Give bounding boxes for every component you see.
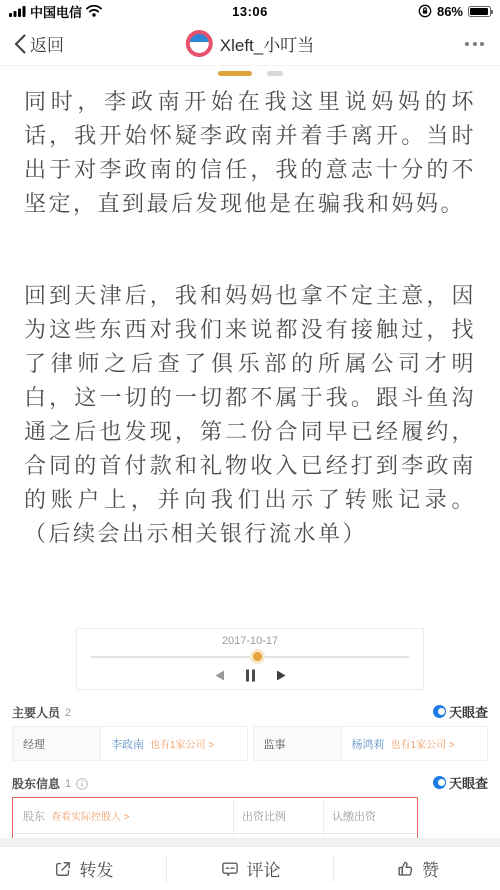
- ratio-cell: 100%: [233, 834, 323, 838]
- shareholder-count: 1: [65, 778, 71, 790]
- embedded-widgets: 2017-10-17: [0, 622, 500, 838]
- shareholder-label: 股东: [23, 808, 45, 824]
- comment-icon: [220, 859, 240, 879]
- table-row: 李政南 大股东 也有1家公司 > 100% 50.000000万: [13, 834, 417, 838]
- post-paragraph-1: 同时，李政南开始在我这里说妈妈的坏话，我开始怀疑李政南并着手离开。当时出于对李政…: [24, 85, 476, 221]
- more-dot: [480, 42, 484, 46]
- post-paragraph-2: 回到天津后，我和妈妈也拿不定主意，因为这些东西对我们来说都没有接触过，找了律师之…: [24, 279, 476, 551]
- shareholder-section: 股东信息 1 天眼查: [0, 773, 500, 838]
- role-label: 监事: [254, 727, 342, 760]
- avatar-face: [190, 34, 209, 53]
- personnel-title-wrap: 主要人员 2: [12, 704, 71, 721]
- more-dot: [465, 42, 469, 46]
- timeline-controls: [89, 668, 411, 682]
- comment-label: 评论: [247, 856, 281, 881]
- back-chevron-icon: [14, 34, 26, 54]
- timeline-date: 2017-10-17: [89, 635, 411, 647]
- action-toolbar: 转发 评论 赞: [0, 846, 500, 890]
- username: Xleft_小叮当: [220, 31, 314, 56]
- back-button[interactable]: 返回: [14, 31, 64, 56]
- shareholder-table: 股东 查看实际控股人 > 出资比例 认缴出资 李政南 大股东 也有1家公司 > …: [12, 797, 418, 838]
- avatar: [186, 30, 213, 57]
- table-row: 经理 李政南 也有1家公司 >: [12, 726, 248, 761]
- tianyancha-logo-icon: [433, 705, 446, 718]
- capital-cell: 50.000000万: [323, 834, 417, 838]
- rotation-lock-icon: [418, 4, 432, 18]
- like-button[interactable]: 赞: [334, 847, 500, 890]
- repost-label: 转发: [80, 856, 114, 881]
- page-indicator: [0, 66, 500, 76]
- section-divider: [0, 838, 500, 846]
- battery-fill: [470, 8, 488, 15]
- tianyancha-brand-name: 天眼查: [449, 773, 488, 792]
- phone-screen: 中国电信 13:06 86% 返回 X: [0, 0, 500, 890]
- status-left: 中国电信: [9, 2, 169, 21]
- status-bar: 中国电信 13:06 86%: [0, 0, 500, 22]
- capital-col-header: 认缴出资: [323, 798, 417, 833]
- pause-icon[interactable]: [245, 669, 256, 682]
- clock: 13:06: [169, 4, 331, 19]
- page-indicator-inactive: [267, 71, 283, 76]
- company-count-link[interactable]: 也有1家公司 >: [391, 736, 455, 751]
- shareholder-title-wrap: 股东信息 1: [12, 775, 88, 792]
- repost-icon: [53, 859, 73, 879]
- timeline-handle[interactable]: [253, 652, 262, 661]
- more-button[interactable]: [463, 36, 486, 52]
- shareholder-title: 股东信息: [12, 775, 60, 792]
- thumbs-up-icon: [395, 859, 415, 879]
- wifi-icon: [86, 5, 102, 17]
- info-icon[interactable]: [76, 778, 88, 790]
- more-dot: [473, 42, 477, 46]
- tianyancha-brand[interactable]: 天眼查: [433, 773, 488, 792]
- timeline-widget: 2017-10-17: [76, 628, 424, 690]
- signal-strength-icon: [9, 6, 26, 17]
- profile-header[interactable]: Xleft_小叮当: [186, 30, 314, 57]
- role-value: 杨鸿莉 也有1家公司 >: [342, 727, 488, 760]
- personnel-table: 经理 李政南 也有1家公司 > 监事 杨鸿莉 也有1家公司 >: [12, 726, 488, 761]
- shareholder-col-header: 股东 查看实际控股人 >: [13, 808, 233, 824]
- person-link[interactable]: 杨鸿莉: [352, 736, 385, 752]
- comment-button[interactable]: 评论: [167, 847, 333, 890]
- post-content: 同时，李政南开始在我这里说妈妈的坏话，我开始怀疑李政南并着手离开。当时出于对李政…: [0, 66, 500, 838]
- personnel-section: 主要人员 2 天眼查 经理 李政南 也有1家公司 >: [0, 702, 500, 761]
- timeline-slider[interactable]: [91, 656, 409, 658]
- personnel-header: 主要人员 2 天眼查: [12, 702, 488, 721]
- carrier-label: 中国电信: [30, 2, 82, 21]
- tianyancha-logo-icon: [433, 776, 446, 789]
- ratio-col-header: 出资比例: [233, 798, 323, 833]
- page-indicator-active: [218, 71, 252, 76]
- personnel-title: 主要人员: [12, 704, 60, 721]
- person-link[interactable]: 李政南: [111, 736, 144, 752]
- role-value: 李政南 也有1家公司 >: [101, 727, 247, 760]
- actual-controller-link[interactable]: 查看实际控股人 >: [51, 808, 130, 823]
- tianyancha-brand-name: 天眼查: [449, 702, 488, 721]
- shareholder-header: 股东信息 1 天眼查: [12, 773, 488, 792]
- battery-percent: 86%: [437, 4, 463, 19]
- prev-icon[interactable]: [214, 670, 225, 681]
- tianyancha-brand[interactable]: 天眼查: [433, 702, 488, 721]
- repost-button[interactable]: 转发: [0, 847, 166, 890]
- battery-icon: [468, 6, 491, 17]
- company-count-link[interactable]: 也有1家公司 >: [150, 736, 214, 751]
- back-label: 返回: [30, 31, 64, 56]
- role-label: 经理: [13, 727, 101, 760]
- table-row: 监事 杨鸿莉 也有1家公司 >: [253, 726, 489, 761]
- shareholder-table-header: 股东 查看实际控股人 > 出资比例 认缴出资: [13, 798, 417, 834]
- status-right: 86%: [331, 4, 491, 19]
- personnel-count: 2: [65, 707, 71, 719]
- next-icon[interactable]: [276, 670, 287, 681]
- like-label: 赞: [422, 856, 439, 881]
- nav-bar: 返回 Xleft_小叮当: [0, 22, 500, 66]
